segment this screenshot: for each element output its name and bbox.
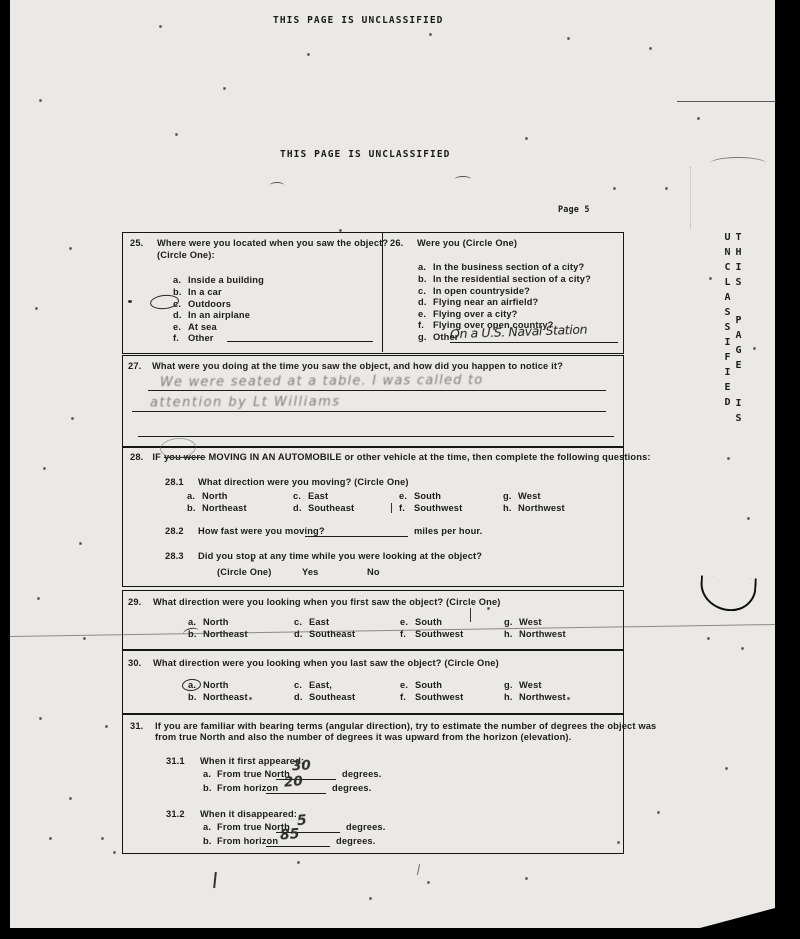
direction-label: Southeast — [309, 692, 355, 702]
direction-label: Northwest — [518, 503, 565, 513]
q25-circle-one: (Circle One): — [157, 250, 215, 260]
q28-2-number: 28.2 — [165, 526, 184, 536]
q28-2-blank — [305, 536, 408, 537]
q26-option-label: Flying over a city? — [433, 309, 517, 319]
q25-option-label: At sea — [188, 322, 217, 332]
q26-option-letter: f. — [418, 320, 433, 330]
direction-label: North — [203, 680, 229, 690]
q31-2b-letter: b. — [203, 836, 212, 846]
q31-number: 31. — [130, 721, 143, 731]
unclassified-margin-stamp: THIS PAGE IS UNCLASSIFIED — [722, 232, 744, 577]
q31-2-label: When it disappeared: — [200, 809, 297, 819]
q31-2b-suffix: degrees. — [336, 836, 375, 846]
q28-direction-options: a.North b.Northeast c.East d.Southeast e… — [187, 491, 613, 515]
q28-1-number: 28.1 — [165, 477, 184, 487]
stray-pen-tick — [391, 503, 392, 513]
q31-1a-text: From true North — [217, 769, 290, 779]
q25-option-label: Outdoors — [188, 299, 231, 309]
q26-option-letter: g. — [418, 332, 433, 342]
q26-option-letter: b. — [418, 274, 433, 284]
q27-question: What were you doing at the time you saw … — [152, 361, 563, 371]
q25-q26-divider — [382, 232, 383, 352]
q26-number: 26. — [390, 238, 403, 248]
scan-artifact-dash — [270, 182, 284, 188]
direction-letter: d. — [294, 692, 309, 702]
q31-1b-suffix: degrees. — [332, 783, 371, 793]
scan-artifact-crease — [690, 167, 691, 229]
scan-artifact-curve — [710, 157, 766, 170]
direction-label: West — [518, 491, 541, 501]
q28-2-suffix: miles per hour. — [414, 526, 482, 536]
q26-option-letter: e. — [418, 309, 433, 319]
q25-option-letter: f. — [173, 333, 188, 343]
direction-label: South — [414, 491, 441, 501]
scan-noise — [10, 0, 11, 1]
direction-label: Northwest — [519, 629, 566, 639]
q26-option-letter: d. — [418, 297, 433, 307]
q28-1-question: What direction were you moving? (Circle … — [198, 477, 409, 487]
q28-3-no: No — [367, 567, 380, 577]
direction-letter: d. — [293, 503, 308, 513]
direction-letter: f. — [400, 692, 415, 702]
scan-speck — [128, 300, 132, 303]
q31-2b-text: From horizon — [217, 836, 278, 846]
q27-answer-line2 — [132, 411, 606, 412]
direction-letter: f. — [399, 503, 414, 513]
direction-letter: g. — [504, 617, 519, 627]
q25-option-letter: a. — [173, 275, 188, 285]
direction-label: Northeast — [203, 692, 248, 702]
q31-2a-letter: a. — [203, 822, 211, 832]
direction-label: West — [519, 617, 542, 627]
q28-intro-prefix: IF — [152, 452, 161, 462]
direction-label: Southwest — [415, 692, 463, 702]
direction-letter: c. — [294, 617, 309, 627]
direction-letter: c. — [294, 680, 309, 690]
scan-artifact-line — [677, 101, 775, 102]
direction-label: Northeast — [202, 503, 247, 513]
q29-number: 29. — [128, 597, 141, 607]
direction-letter: a. — [187, 491, 202, 501]
unclassified-banner-top: THIS PAGE IS UNCLASSIFIED — [273, 15, 444, 26]
direction-label: South — [415, 617, 442, 627]
q25-option-label: In a car — [188, 287, 222, 297]
q25-option-label: Inside a building — [188, 275, 264, 285]
q26-option-letter: c. — [418, 286, 433, 296]
q31-1a-suffix: degrees. — [342, 769, 381, 779]
q25-option-letter: e. — [173, 322, 188, 332]
direction-label: Southwest — [414, 503, 462, 513]
direction-label: Northeast — [203, 629, 248, 639]
q26-option-letter: a. — [418, 262, 433, 272]
q25-option-label: Other — [188, 333, 214, 343]
q28-box — [122, 447, 624, 587]
q27-answer-line3 — [138, 436, 614, 437]
q31-1a-handwritten-value: 30 — [292, 758, 312, 775]
direction-letter: e. — [400, 680, 415, 690]
unclassified-banner-mid: THIS PAGE IS UNCLASSIFIED — [280, 149, 451, 160]
direction-letter: b. — [188, 692, 203, 702]
q31-question-line2: from true North and also the number of d… — [155, 732, 571, 742]
direction-letter: h. — [504, 629, 519, 639]
q28-3-circle-one: (Circle One) — [217, 567, 272, 577]
scanned-paper: THIS PAGE IS UNCLASSIFIED THIS PAGE IS U… — [10, 0, 775, 928]
q26-other-blank — [450, 342, 618, 343]
scanned-page: { "colors": { "paper": "#ebe9e5", "ink":… — [0, 0, 800, 939]
q30-question: What direction were you looking when you… — [153, 658, 499, 668]
direction-label: East — [309, 617, 329, 627]
direction-letter: h. — [504, 692, 519, 702]
q31-1b-letter: b. — [203, 783, 212, 793]
q26-option-label: In the residential section of a city? — [433, 274, 591, 284]
direction-letter: c. — [293, 491, 308, 501]
stray-pen-mark — [213, 872, 216, 888]
q31-1-label: When it first appeared: — [200, 756, 304, 766]
stray-pen-tick — [470, 608, 471, 622]
q31-question-line1: If you are familiar with bearing terms (… — [155, 721, 656, 731]
q25-question: Where were you located when you saw the … — [157, 238, 388, 248]
direction-label: East — [308, 491, 328, 501]
q31-1b-handwritten-value: 20 — [283, 773, 303, 790]
q28-intro-rest: MOVING IN AN AUTOMOBILE or other vehicle… — [208, 452, 650, 462]
direction-letter: g. — [503, 491, 518, 501]
q31-1b-blank — [266, 793, 326, 794]
q26-option-label: In the business section of a city? — [433, 262, 584, 272]
q31-2b-blank — [266, 846, 330, 847]
direction-letter: g. — [504, 680, 519, 690]
q26-question: Were you (Circle One) — [417, 238, 517, 248]
q28-3-question: Did you stop at any time while you were … — [198, 551, 482, 561]
q31-1b-text: From horizon — [217, 783, 278, 793]
q28-3-number: 28.3 — [165, 551, 184, 561]
q28-number: 28. — [130, 452, 143, 462]
q30-number: 30. — [128, 658, 141, 668]
q31-1-number: 31.1 — [166, 756, 185, 766]
q26-option-label: In open countryside? — [433, 286, 530, 296]
q31-2b-handwritten-value: 85 — [279, 826, 300, 843]
direction-label: North — [202, 491, 228, 501]
page-number-label: Page 5 — [558, 205, 590, 215]
q27-number: 27. — [128, 361, 141, 371]
q25-option-letter: d. — [173, 310, 188, 320]
q25-option-label: In an airplane — [188, 310, 250, 320]
direction-label: North — [203, 617, 229, 627]
direction-label: East, — [309, 680, 332, 690]
direction-label: Southeast — [308, 503, 354, 513]
direction-letter: b. — [187, 503, 202, 513]
q31-2-number: 31.2 — [166, 809, 185, 819]
direction-label: West — [519, 680, 542, 690]
q27-handwriting-line2: attention by Lt Williams — [150, 395, 341, 411]
margin-bracket-mark — [699, 576, 757, 613]
direction-letter: h. — [503, 503, 518, 513]
q31-2a-suffix: degrees. — [346, 822, 385, 832]
stray-pen-mark — [417, 864, 420, 875]
q29-question: What direction were you looking when you… — [153, 597, 501, 607]
direction-label: Northwest — [519, 692, 566, 702]
scan-artifact-dash — [455, 176, 471, 182]
q26-option-label: Flying near an airfield? — [433, 297, 538, 307]
q27-answer-line1 — [148, 390, 606, 391]
q30-direction-options: a.North b.Northeast c.East, d.Southeast … — [188, 680, 614, 704]
direction-letter: a. — [188, 617, 203, 627]
direction-letter: e. — [400, 617, 415, 627]
q25-number: 25. — [130, 238, 143, 248]
direction-letter: e. — [399, 491, 414, 501]
q31-1a-letter: a. — [203, 769, 211, 779]
q27-handwriting-line1: We were seated at a table. I was called … — [160, 373, 484, 390]
q25-other-blank — [227, 341, 373, 342]
q28-3-yes: Yes — [302, 567, 318, 577]
q28-2-question: How fast were you moving? — [198, 526, 325, 536]
direction-label: South — [415, 680, 442, 690]
